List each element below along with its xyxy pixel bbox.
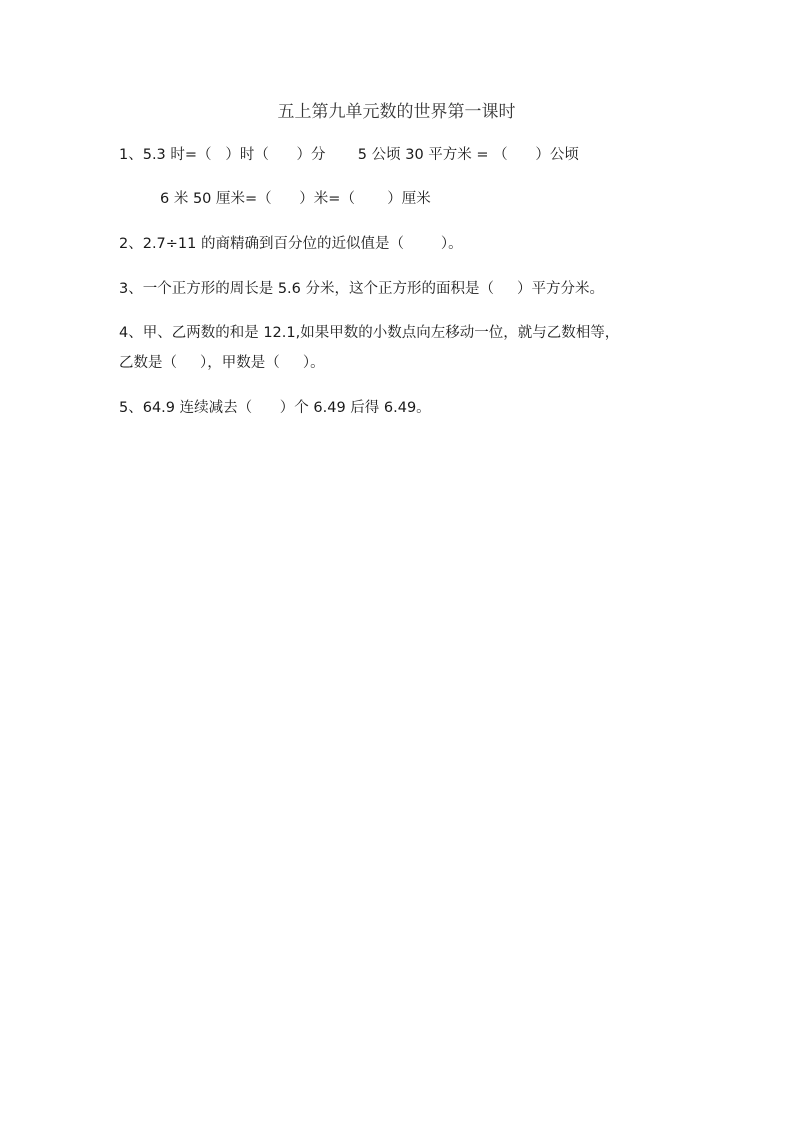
question-2: 2、2.7÷11 的商精确到百分位的近似值是（ ）。: [119, 232, 463, 253]
question-1-line-1: 1、5.3 时=（ ）时（ ）分 5 公顷 30 平方米 = （ ）公顷: [119, 143, 579, 164]
question-5: 5、64.9 连续减去（ ）个 6.49 后得 6.49。: [119, 396, 431, 417]
question-4-line-2: 乙数是（ ），甲数是（ ）。: [119, 351, 325, 372]
question-4-line-1: 4、甲、乙两数的和是 12.1,如果甲数的小数点向左移动一位，就与乙数相等，: [119, 321, 619, 342]
page-title: 五上第九单元数的世界第一课时: [0, 97, 793, 122]
question-3: 3、一个正方形的周长是 5.6 分米，这个正方形的面积是（ ）平方分米。: [119, 277, 604, 298]
question-1-line-2: 6 米 50 厘米=（ ）米=（ ）厘米: [160, 187, 431, 208]
